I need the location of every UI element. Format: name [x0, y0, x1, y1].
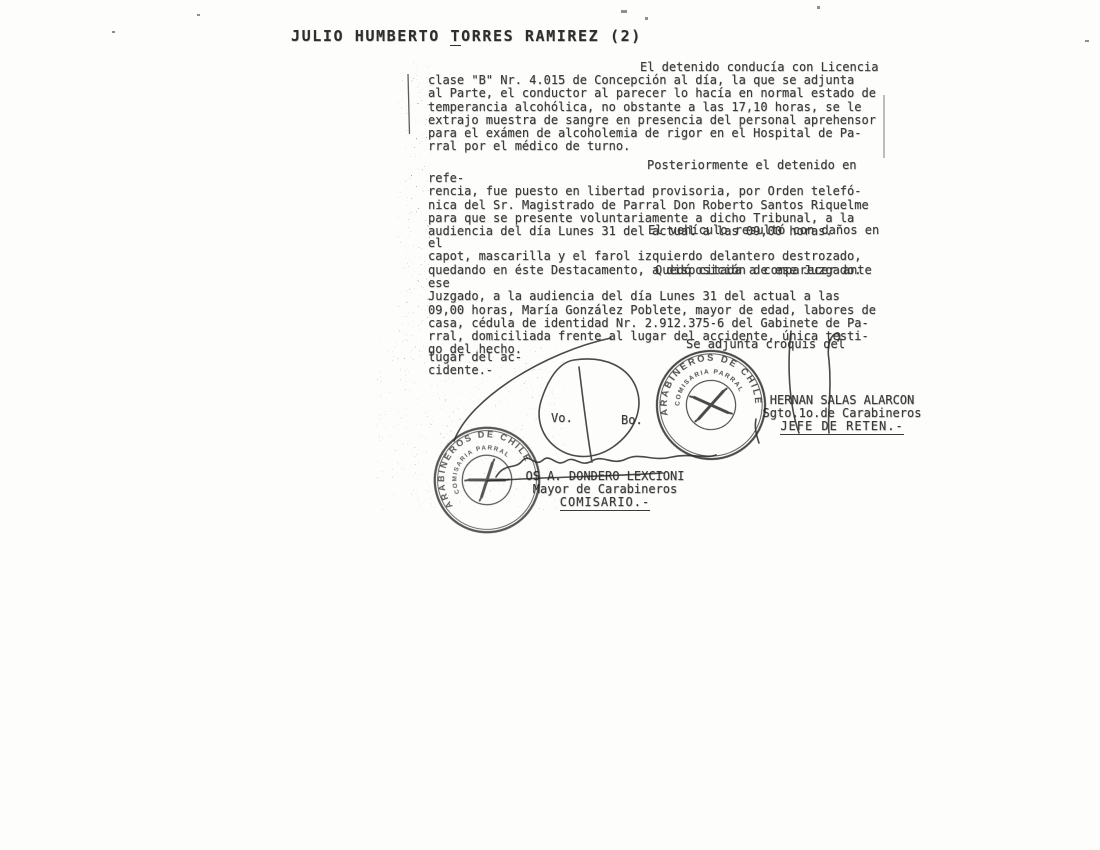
- scan-streak-line: [408, 74, 410, 134]
- header-underlined-letter: T: [450, 27, 461, 46]
- signer-title: JEFE DE RETEN.-: [780, 420, 903, 435]
- noise-band-left-outer: [338, 62, 400, 358]
- signer-rank: Mayor de Carabineros: [505, 483, 705, 496]
- signature-block-jefe-reten: HERNAN SALAS ALARCON Sgto.1o.de Carabine…: [742, 394, 942, 435]
- signer-name: HERNAN SALAS ALARCON: [742, 394, 942, 407]
- signer-title: COMISARIO.-: [560, 496, 650, 511]
- paragraph-license-alcohol-test: El detenido conducía con Licencia clase …: [428, 61, 888, 153]
- scanned-police-report-page: JULIO HUMBERTO TORRES RAMIREZ (2) El det…: [0, 0, 1100, 850]
- signature-block-comisario: OS A. DONDERO LEXCIONI Mayor de Carabine…: [505, 470, 705, 511]
- header-name-pre: JULIO HUMBERTO: [291, 27, 450, 45]
- signer-name: OS A. DONDERO LEXCIONI: [505, 470, 705, 483]
- header-name-post: ORRES RAMIREZ (2): [461, 27, 642, 45]
- crossed-carbines-icon: [690, 389, 732, 422]
- crossed-carbines-icon: [465, 459, 509, 500]
- paragraph-sketch-attached: Se adjunta croquis del lugar del ac- cid…: [428, 338, 888, 378]
- signature-downstroke: [579, 367, 592, 462]
- signer-rank: Sgto.1o.de Carabineros: [742, 407, 942, 420]
- visto-bueno-vo: Vo.: [551, 411, 573, 425]
- noise-band-left-margin: [398, 62, 432, 360]
- stamp-inner-ring-text: COMISARIA PARRAL: [438, 431, 512, 497]
- page-title: JULIO HUMBERTO TORRES RAMIREZ (2): [291, 27, 642, 45]
- svg-text:COMISARIA PARRAL: COMISARIA PARRAL: [438, 431, 512, 497]
- visto-bueno-bo: Bo.: [621, 413, 643, 427]
